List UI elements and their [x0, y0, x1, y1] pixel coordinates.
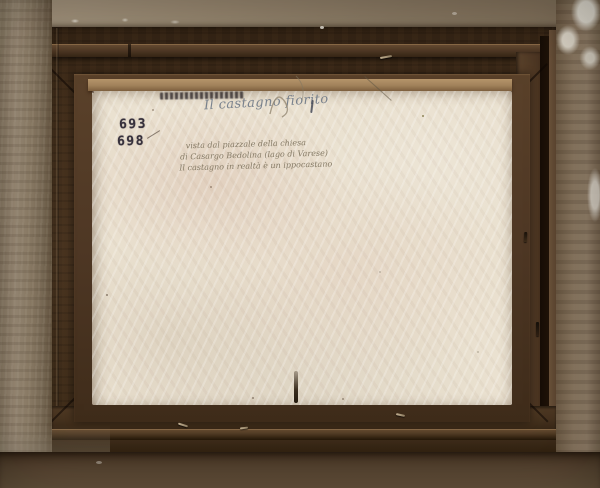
- outer-frame-bottom: [0, 452, 600, 488]
- plaster-residue: [583, 165, 600, 243]
- handwritten-note: vista dal piazzale della chiesa di Casar…: [179, 136, 370, 174]
- wood-grain-texture: [0, 0, 52, 488]
- plaster-residue: [556, 0, 600, 78]
- framed-painting-back-photo: Il castagno fiorito 693 698 vista dal pi…: [0, 0, 600, 488]
- nail-head: [536, 322, 539, 336]
- inventory-number-698: 698: [117, 134, 145, 149]
- nail-head: [524, 232, 528, 242]
- inventory-number-693: 693: [119, 117, 147, 132]
- wire-fragment: [256, 74, 326, 120]
- slat-gap: [128, 44, 131, 57]
- dirt-speckles: [92, 91, 94, 93]
- nail-mark: [294, 371, 298, 403]
- paint-fleck: [320, 26, 324, 29]
- paint-fleck: [452, 12, 457, 15]
- left-frame-seam: [56, 28, 59, 452]
- bottom-frame-ridge: [52, 429, 556, 440]
- outer-frame-left: [0, 0, 52, 488]
- paint-fleck: [96, 461, 102, 464]
- outer-frame-top: [0, 0, 600, 27]
